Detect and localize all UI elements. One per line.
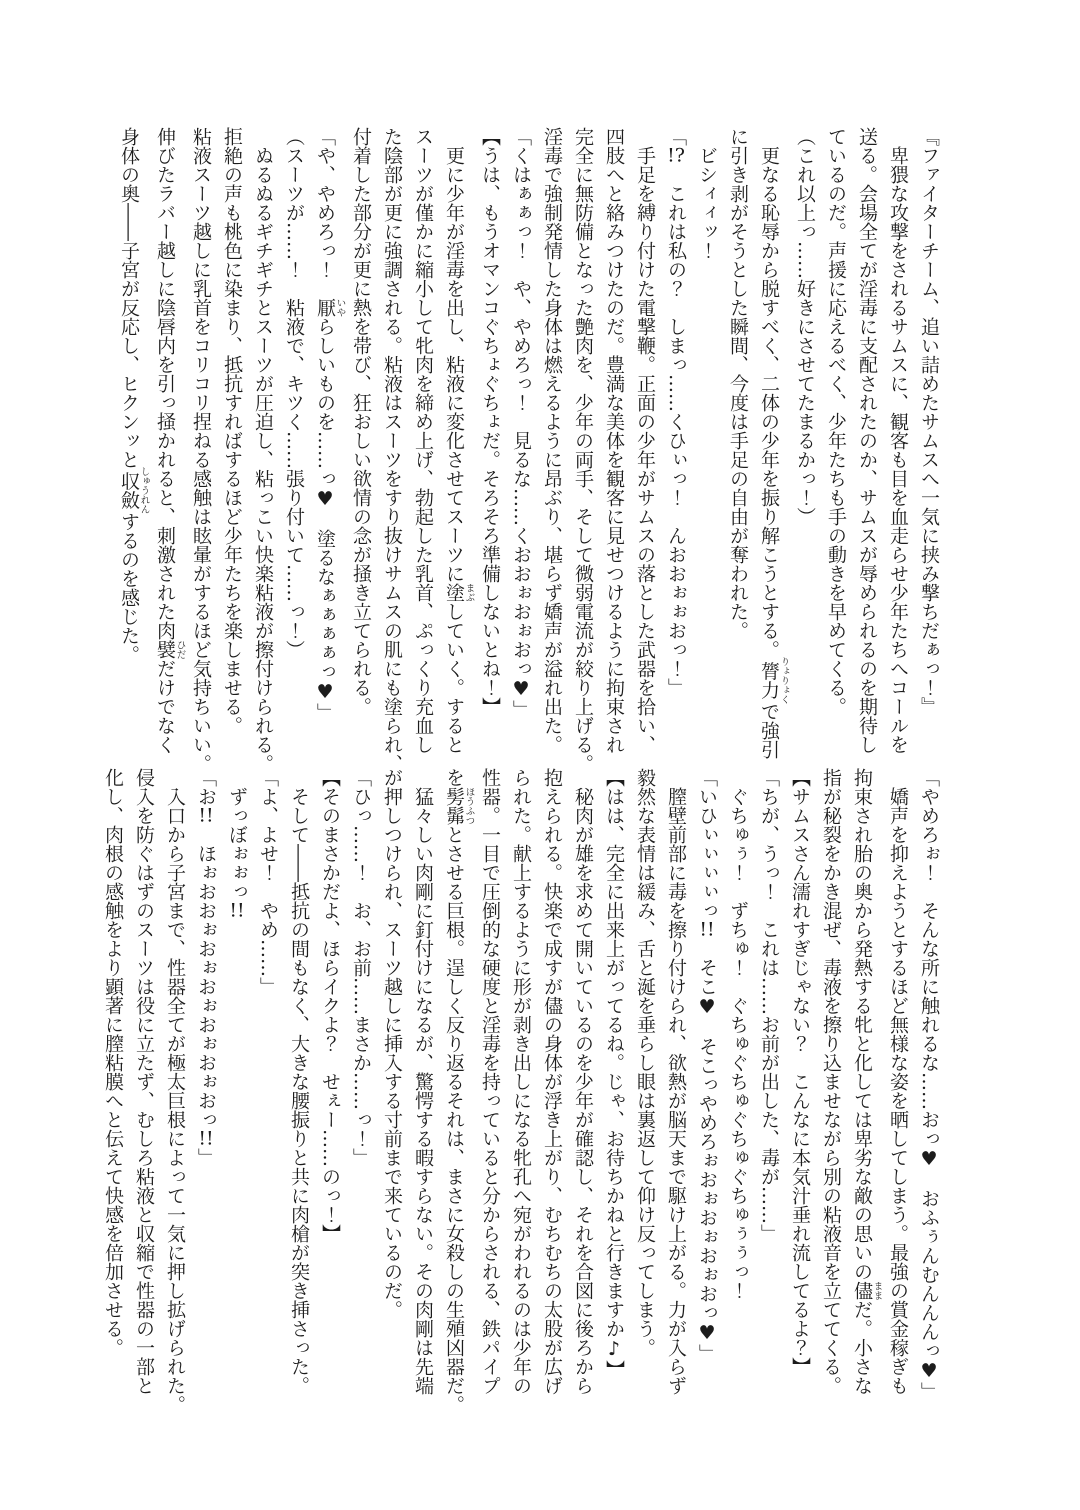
text-line: 抱えられる。快楽で成すが儘の身体が浮き上がり、むちむちの太股が広げ [536,768,567,1444]
furigana-ruby: 塗まぶ [443,583,465,602]
novel-page: 『ファイターチーム、追い詰めたサムスへ一気に挟み撃ちだぁっ！』 卑猥な攻撃をされ… [0,0,1080,1510]
text-line: が押しつけられ、スーツ越しに挿入する寸前まで来ているのだ。 [376,768,407,1444]
tate-chu-yoko: !! [226,901,248,920]
text-line: 嬌声を抑えようとするほど無様な姿を晒してしまう。最強の賞金稼ぎも [882,768,913,1444]
tate-chu-yoko: !! [696,920,718,939]
text-line: ビシィィッ！ [691,127,722,767]
text-line: 「くはぁぁっ！ や、やめろっ！ 見るな……くおおぉおぉおっ♥」 [505,127,536,767]
text-line: ずっぼぉぉっ!! [221,768,252,1444]
text-line: 指が秘裂をかき混ぜ、毒液を擦り込ませながら別の粘液音を立ててくる。 [815,768,846,1444]
text-line: 更に少年が淫毒を出し、粘液に変化させてスーツに塗まぶしていく。すると [438,127,474,767]
text-line: 更なる恥辱から脱すべく、二体の少年を振り解こうとする。膂力りょりょくで強引 [753,127,789,767]
text-line: 「よ、よせ！ やめ……」 [252,768,283,1444]
text-line: 伸びたラバー越しに陰唇内を引っ掻かれると、刺激された肉襞ひだだけでなく [149,127,185,767]
text-line: 化し、肉根の感触をより顕著に膣粘膜へと伝えて快感を倍加させる。 [97,768,128,1444]
text-line: 身体の奥――子宮が反応し、ヒクンッと収斂しゅうれんするのを感じた。 [113,127,149,767]
text-line: （これ以上っ……好きにさせてたまるかっ！） [789,127,820,767]
furigana-ruby: 厭いや [314,298,336,317]
tate-chu-yoko: !! [195,806,217,825]
text-line: ぐちゅぅ！ ずちゅ！ ぐちゅぐちゅぐちゅぐちゅぅぅっ！ [722,768,753,1444]
tate-chu-yoko: !? [665,146,687,165]
text-line: 「やめろぉ！ そんな所に触れるな……おっ♥ おふぅんむんんんっ♥」 [913,768,944,1444]
text-line: 【はは、完全に出来上がってるね。じゃ、お待ちかねと行きますか♪】 [598,768,629,1444]
furigana-ruby: 髣髴ほうふつ [443,787,465,825]
text-line: 膣壁前部に毒を擦り付けられ、欲熱が脳天まで駆け上がる。力が入らず [660,768,691,1444]
text-line: 「や、やめろっ！ 厭いやらしいものを……っ♥ 塗るなぁぁぁぁっ♥」 [309,127,345,767]
text-line: 粘液スーツ越しに乳首をコリコリ捏ねる感触は眩暈がするほど気持ちいい。 [185,127,216,767]
furigana-ruby: 襞ひだ [154,640,176,659]
text-line: 拒絶の声も桃色に染まり、抵抗すればするほど少年たちを楽しませる。 [216,127,247,767]
text-line: 「ひっ……！ お、お前……まさか……っ！」 [345,768,376,1444]
text-line: 毅然な表情は緩み、舌と涎を垂らし眼は裏返して仰け反ってしまう。 [629,768,660,1444]
text-line: 「いひぃぃぃぃっ!! そこ♥ そこっやめろぉおぉおぉおぉおっ♥」 [691,768,722,1444]
text-line: られた。献上するように形が剥き出しになる牝孔へ宛がわれるのは少年の [505,768,536,1444]
text-line: 秘肉が雄を求めて開いているのを少年が確認し、それを合図に後ろから [567,768,598,1444]
tate-chu-yoko: !! [195,1129,217,1148]
text-line: 「!? これは私の？ しまっ……くひぃっ！ んおおぉぉおっ！」 [660,127,691,767]
furigana-ruby: 収斂しゅうれん [118,469,140,512]
text-line: （スーツが……！ 粘液で、キツく……張り付いて……っ！） [278,127,309,767]
text-line: ぬるぬるギチギチとスーツが圧迫し、粘っこい快楽粘液が擦付けられる。 [247,127,278,767]
text-line: 【サムスさん濡れすぎじゃない？ こんなに本気汁垂れ流してるよ？】 [784,768,815,1444]
text-line: 「お!! ほぉおおぉおぉおぉおぉおぉおっ!!」 [190,768,221,1444]
text-line: を髣髴ほうふつとさせる巨根。逞しく反り返るそれは、まさに女殺しの生殖凶器だ。 [438,768,474,1444]
text-line: た陰部が更に強調される。粘液はスーツをすり抜けサムスの肌にも塗られ、 [376,127,407,767]
text-line: 拘束され胎の奥から発熱する牝と化しては卑劣な敵の思いの儘ままだ。小さな [846,768,882,1444]
text-line: 性器。一目で圧倒的な硬度と淫毒を持っていると分からされる、鉄パイプ [474,768,505,1444]
text-line: 【うは、もうオマンコぐちょぐちょだ。そろそろ準備しないとね！】 [474,127,505,767]
text-line: 「ちが、うっ！ これは……お前が出した、毒が……」 [753,768,784,1444]
text-line: 猛々しい肉剛に釘付けになるが、驚愕する暇すらない。その肉剛は先端 [407,768,438,1444]
text-line: 付着した部分が更に熱を帯び、狂おしい欲情の念が掻き立てられる。 [345,127,376,767]
text-line: 卑猥な攻撃をされるサムスに、観客も目を血走らせ少年たちへコールを [882,127,913,767]
text-line: そして――抵抗の間もなく、大きな腰振りと共に肉槍が突き挿さった。 [283,768,314,1444]
text-block-bottom: 「やめろぉ！ そんな所に触れるな……おっ♥ おふぅんむんんんっ♥」 嬌声を抑えよ… [97,768,944,1444]
text-line: ているのだ。声援に応えるべく、少年たちも手の動きを早めてくる。 [820,127,851,767]
text-line: 送る。会場全てが淫毒に支配されたのか、サムスが辱められるのを期待し [851,127,882,767]
text-line: 完全に無防備となった艶肉を、少年の両手、そして微弱電流が絞り上げる。 [567,127,598,767]
text-line: スーツが僅かに縮小して牝肉を締め上げ、勃起した乳首、ぷっくり充血し [407,127,438,767]
text-line: 侵入を防ぐはずのスーツは役に立たず、むしろ粘液と収縮で性器の一部と [128,768,159,1444]
furigana-ruby: 儘まま [851,1281,873,1300]
text-line: 【そのまさかだよ、ほらイクよ？ せぇー……のっ！】 [314,768,345,1444]
text-block-top: 『ファイターチーム、追い詰めたサムスへ一気に挟み撃ちだぁっ！』 卑猥な攻撃をされ… [113,127,944,767]
text-line: 『ファイターチーム、追い詰めたサムスへ一気に挟み撃ちだぁっ！』 [913,127,944,767]
furigana-ruby: 膂力りょりょく [758,659,780,702]
text-line: に引き剥がそうとした瞬間、今度は手足の自由が奪われた。 [722,127,753,767]
text-line: 淫毒で強制発情した身体は燃えるように昂ぶり、堪らず嬌声が溢れ出た。 [536,127,567,767]
text-line: 入口から子宮まで、性器全てが極太巨根によって一気に押し拡げられた。 [159,768,190,1444]
text-line: 四肢へと絡みつけたのだ。豊満な美体を観客に見せつけるように拘束され [598,127,629,767]
text-line: 手足を縛り付けた電撃鞭。正面の少年がサムスの落とした武器を拾い、 [629,127,660,767]
